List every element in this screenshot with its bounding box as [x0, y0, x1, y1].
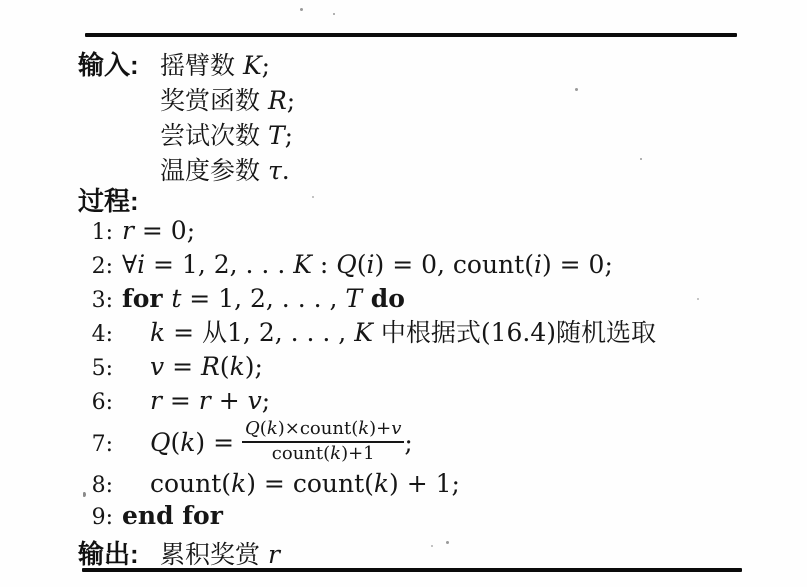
input-line-2: 奖赏函数 R; — [160, 83, 754, 118]
math-text: ) = 0; — [542, 250, 613, 279]
math-text: = 1, 2, . . . — [145, 250, 293, 279]
math-text: ( — [260, 418, 267, 439]
keyword-do: do — [362, 284, 405, 313]
output-line: 输出:累积奖赏 r — [78, 537, 754, 572]
line-number: 7: — [78, 421, 113, 469]
line-number: 1: — [78, 217, 113, 249]
math-var: k — [358, 418, 369, 439]
math-var: t — [171, 284, 181, 313]
math-text: ( — [357, 250, 367, 279]
math-text: )+ — [369, 418, 391, 439]
math-var: r — [199, 386, 211, 415]
process-label: 过程: — [78, 188, 160, 214]
math-var: k — [330, 443, 341, 464]
input-item-text: 温度参数 — [160, 156, 268, 185]
input-line-3: 尝试次数 T; — [160, 118, 754, 153]
code-line-2: 2:∀i = 1, 2, . . . K : Q(i) = 0, count(i… — [78, 249, 754, 283]
line-number: 9: — [78, 503, 113, 533]
code-line-8: 8:count(k) = count(k) + 1; — [78, 469, 754, 501]
process-heading: 过程: — [78, 188, 754, 215]
keyword-for: for — [122, 284, 171, 313]
math-text: ); — [245, 352, 263, 381]
math-var: T — [268, 121, 285, 150]
code-line-7: 7:Q(k) = Q(k)×count(k)+vcount(k)+1; — [78, 419, 754, 469]
math-var: Q — [245, 418, 260, 439]
math-var: K — [354, 318, 373, 347]
line-number: 3: — [78, 285, 113, 317]
math-var: R — [268, 86, 287, 115]
math-text: = — [164, 352, 201, 381]
pseudocode: 1:r = 0; 2:∀i = 1, 2, . . . K : Q(i) = 0… — [78, 215, 754, 533]
punct: ; — [262, 51, 270, 80]
code-line-9: 9:end for — [78, 501, 754, 533]
scanned-page: { "meta": { "ink_color": "#161616", "rul… — [0, 0, 807, 587]
math-var: r — [122, 216, 134, 245]
math-var: r — [268, 540, 280, 569]
math-var: R — [201, 352, 220, 381]
input-label: 输入: — [78, 48, 160, 83]
punct: ; — [287, 86, 295, 115]
fraction: Q(k)×count(k)+vcount(k)+1 — [242, 419, 404, 464]
math-var: k — [267, 418, 278, 439]
math-text: ( — [220, 352, 230, 381]
math-text: )×count( — [278, 418, 358, 439]
scan-speck — [333, 13, 335, 15]
input-item-text: 尝试次数 — [160, 121, 268, 150]
math-var: k — [230, 352, 245, 381]
chinese-text: 累积奖赏 — [160, 540, 268, 569]
code-line-6: 6:r = r + v; — [78, 385, 754, 419]
line-number: 4: — [78, 319, 113, 351]
chinese-text: 中根据式 — [373, 318, 481, 347]
math-text: ( — [171, 428, 181, 457]
math-var: i — [534, 250, 542, 279]
input-line-4: 温度参数 τ. — [160, 153, 754, 188]
chinese-text: 从 — [202, 318, 227, 347]
math-var: K — [243, 51, 262, 80]
forall-symbol: ∀ — [122, 250, 137, 279]
math-text: + — [211, 386, 248, 415]
input-block: 输入:摇臂数 K; 奖赏函数 R; 尝试次数 T; 温度参数 τ. — [78, 44, 754, 188]
math-var: r — [150, 386, 162, 415]
math-var: τ — [268, 156, 282, 185]
math-text: = — [165, 318, 202, 347]
input-item-text: 奖赏函数 — [160, 86, 268, 115]
math-var: i — [367, 250, 375, 279]
math-text: count( — [150, 469, 231, 498]
fraction-numerator: Q(k)×count(k)+v — [242, 419, 404, 443]
code-line-5: 5:v = R(k); — [78, 351, 754, 385]
math-var: v — [248, 386, 262, 415]
math-var: k — [150, 318, 165, 347]
math-text: ) = — [195, 428, 242, 457]
scan-speck — [300, 8, 303, 11]
line-number: 6: — [78, 387, 113, 419]
line-number: 2: — [78, 251, 113, 283]
math-text: ) = count( — [246, 469, 374, 498]
math-var: Q — [336, 250, 357, 279]
math-text: )+1 — [341, 443, 375, 464]
math-text: : — [312, 250, 336, 279]
math-var: k — [374, 469, 389, 498]
punct: . — [282, 156, 290, 185]
math-var: v — [150, 352, 164, 381]
math-var: k — [180, 428, 195, 457]
math-text: = 1, 2, . . . , — [181, 284, 345, 313]
math-text: ) = 0, count( — [375, 250, 534, 279]
math-text: ) + 1; — [389, 469, 460, 498]
output-label: 输出: — [78, 537, 160, 571]
chinese-text: 随机选取 — [556, 318, 656, 347]
punct: ; — [285, 121, 293, 150]
code-line-4: 4:k = 从1, 2, . . . , K 中根据式(16.4)随机选取 — [78, 317, 754, 351]
math-var: v — [391, 418, 401, 439]
math-var: T — [345, 284, 362, 313]
algorithm-top-rule — [85, 33, 737, 37]
code-line-1: 1:r = 0; — [78, 215, 754, 249]
fraction-denominator: count(k)+1 — [242, 443, 404, 465]
input-line-1: 输入:摇臂数 K; — [78, 48, 754, 83]
math-text: 1, 2, . . . , — [227, 318, 354, 347]
keyword-end-for: end for — [122, 501, 223, 530]
math-text: count( — [272, 443, 330, 464]
algorithm-box: 输入:摇臂数 K; 奖赏函数 R; 尝试次数 T; 温度参数 τ. 过程: 1:… — [78, 44, 754, 572]
math-text: = 0; — [134, 216, 195, 245]
math-var: Q — [150, 428, 171, 457]
math-text: = — [162, 386, 199, 415]
code-line-3: 3:for t = 1, 2, . . . , T do — [78, 283, 754, 317]
math-var: i — [137, 250, 145, 279]
input-item-text: 摇臂数 — [160, 51, 243, 80]
math-var: k — [231, 469, 246, 498]
math-text: ; — [262, 386, 270, 415]
line-number: 5: — [78, 353, 113, 385]
punct: ; — [404, 428, 412, 457]
math-var: K — [293, 250, 312, 279]
equation-ref: (16.4) — [481, 318, 556, 347]
line-number: 8: — [78, 471, 113, 501]
